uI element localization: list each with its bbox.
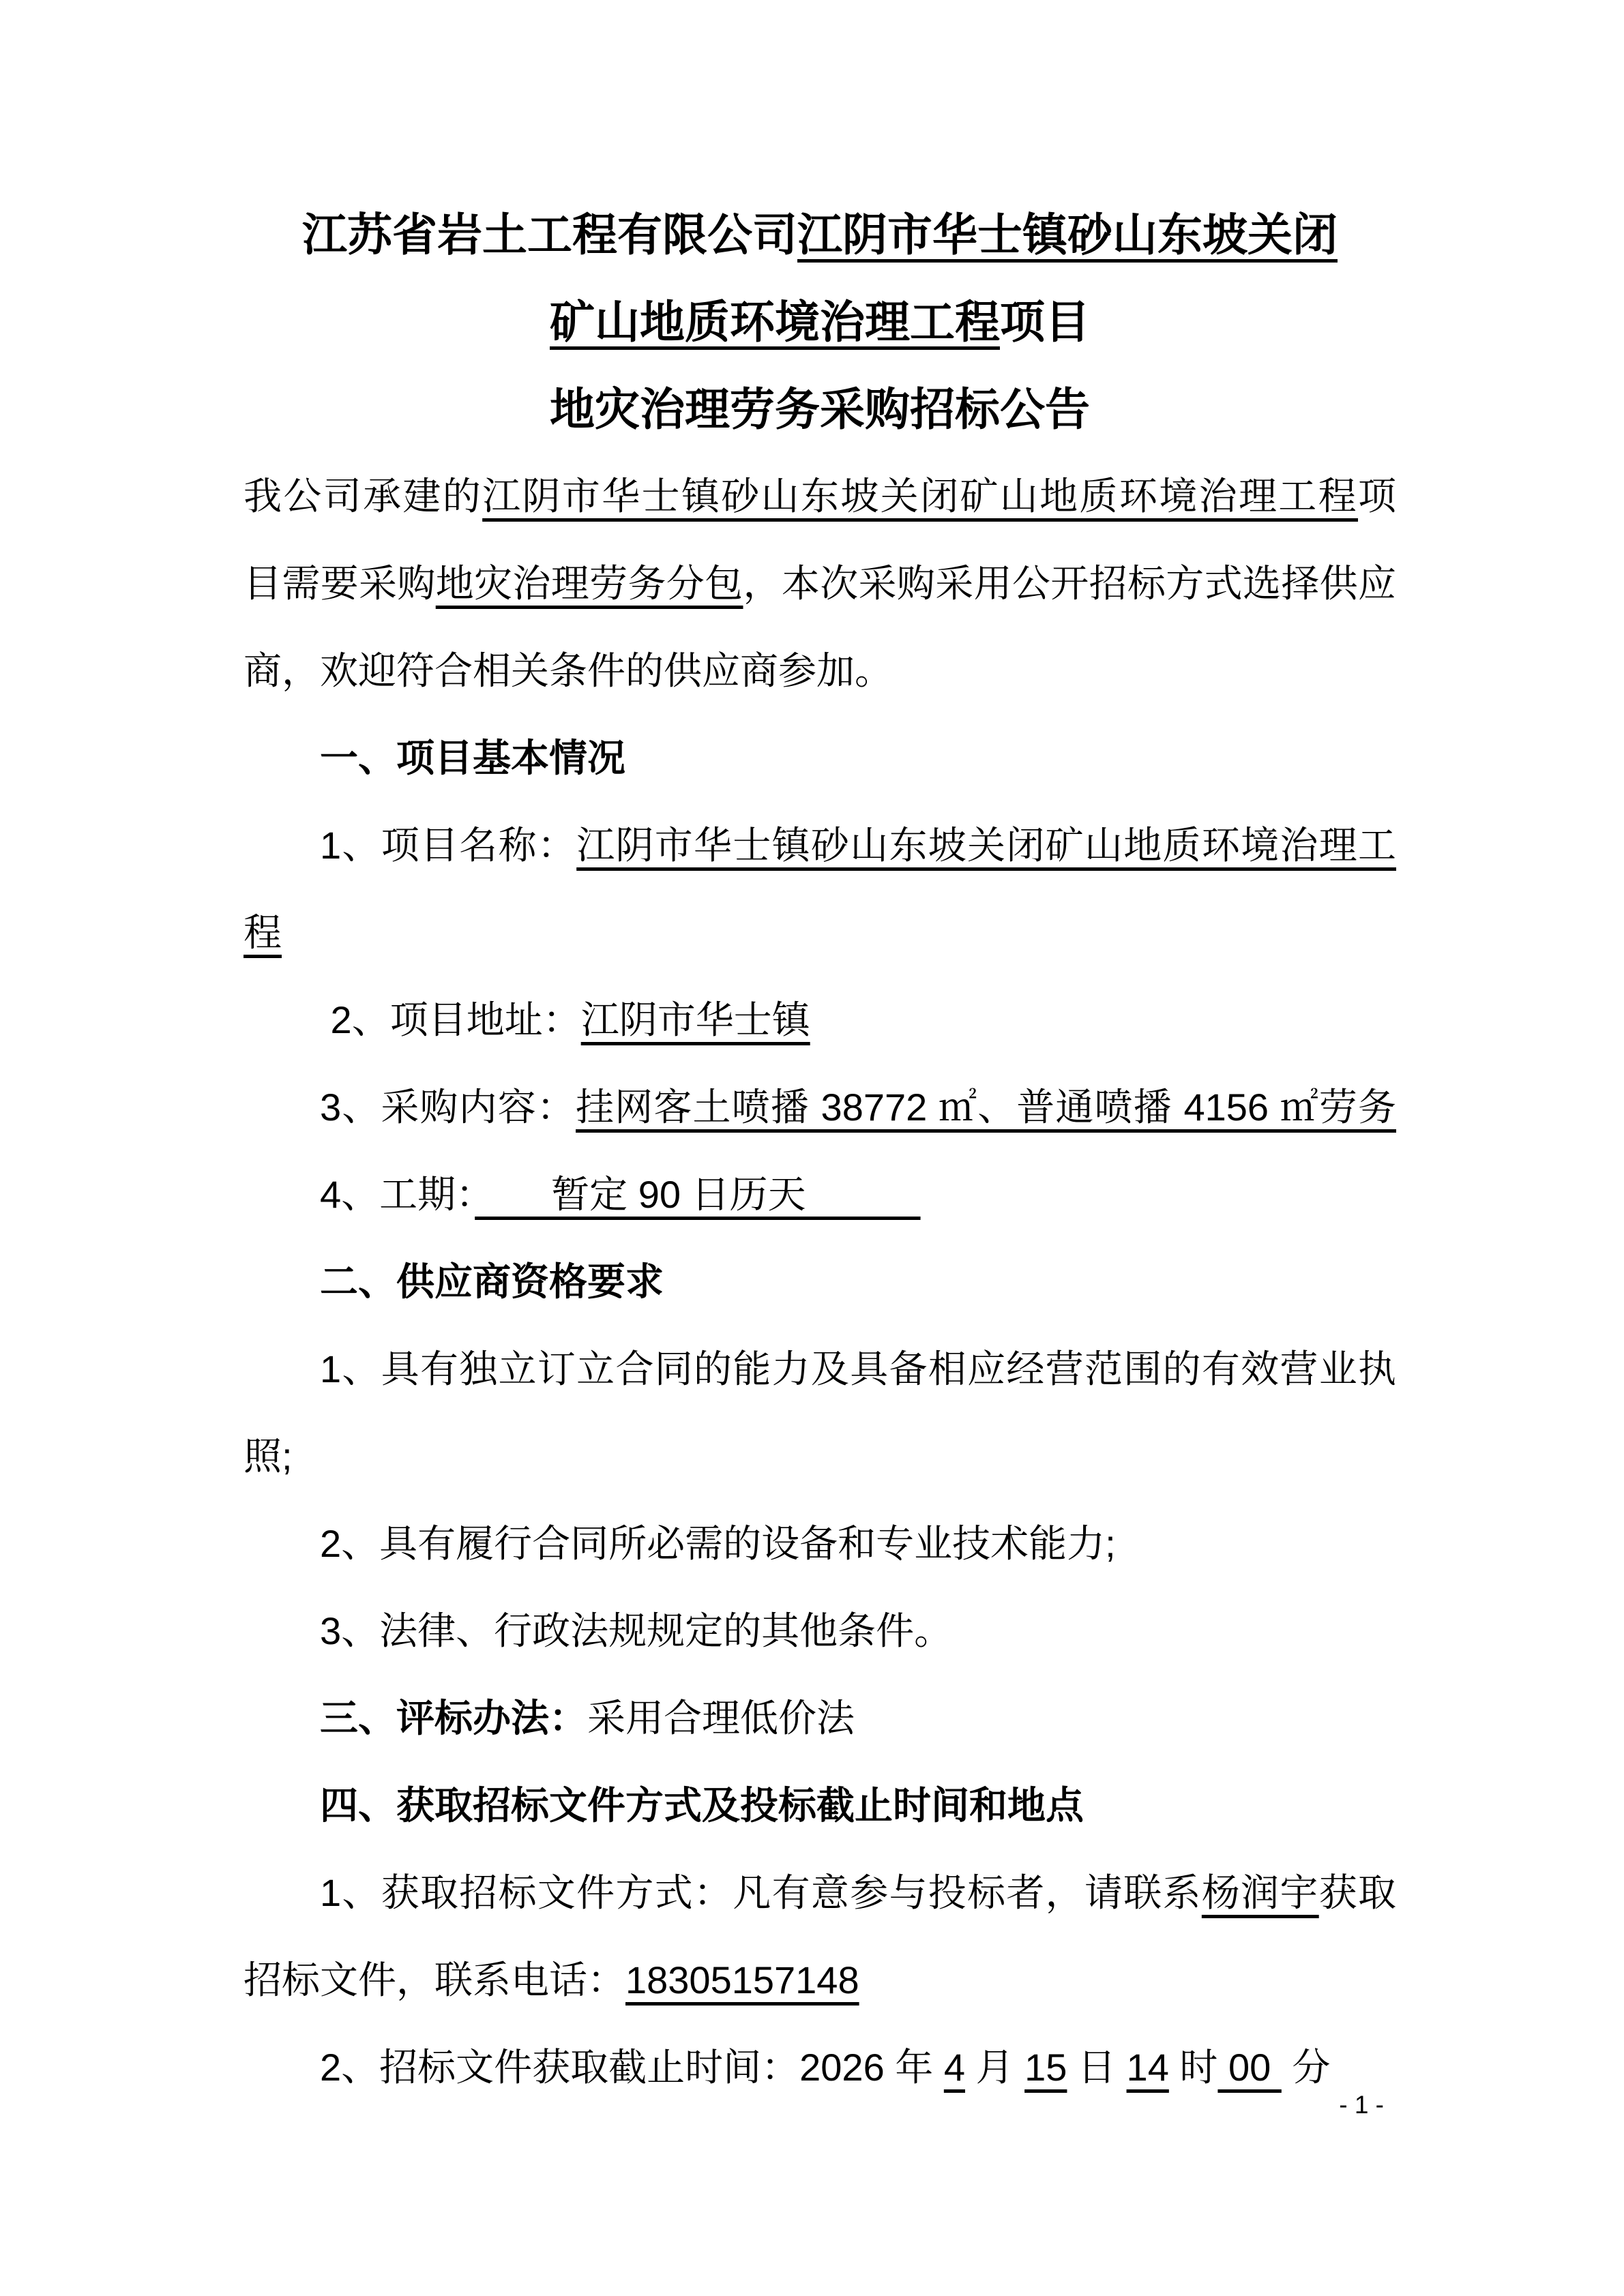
section-1-heading: 一、项目基本情况 (243, 715, 1396, 802)
deadline-line: 2、招标文件获取截止时间：2026 年 4 月 15 日 14 时 00 分 (243, 2024, 1396, 2111)
document-page: 江苏省岩土工程有限公司江阴市华士镇砂山东坡关闭矿山地质环境治理工程项目地灾治理劳… (0, 0, 1624, 2296)
text-segment: 2、项目地址： (320, 998, 581, 1041)
text-segment: 挂网客土喷播 38772 ㎡、普通喷播 4156 ㎡劳务 (576, 1086, 1396, 1129)
document-lines: 江苏省岩土工程有限公司江阴市华士镇砂山东坡关闭矿山地质环境治理工程项目地灾治理劳… (243, 191, 1396, 2111)
section-3-heading: 三、评标办法：采用合理低价法 (243, 1675, 1396, 1762)
intro-line-2: 目需要采购地灾治理劳务分包，本次采购采用公开招标方式选择供应 (243, 540, 1396, 627)
text-segment: 江阴市华士镇砂山东坡关闭矿山地质环境治理工 (576, 824, 1396, 867)
item-duration: 4、工期： 暂定 90 日历天 (243, 1151, 1396, 1238)
section-2-heading: 二、供应商资格要求 (243, 1238, 1396, 1326)
text-segment: 暂定 90 日历天 (475, 1173, 920, 1216)
text-segment: 月 (965, 2046, 1024, 2089)
page-number: - 1 - (1339, 2088, 1384, 2122)
text-segment: 4 (944, 2046, 965, 2089)
text-segment: 3、法律、行政法规规定的其他条件。 (320, 1609, 952, 1652)
text-segment: 项 (1358, 475, 1396, 518)
text-segment: 一、项目基本情况 (320, 736, 625, 779)
text-segment: 二、供应商资格要求 (320, 1260, 664, 1303)
text-segment: 1、获取招标文件方式：凡有意参与投标者，请联系 (320, 1871, 1202, 1914)
text-segment: 采用合理低价法 (587, 1697, 855, 1740)
text-segment: 目需要采购 (243, 562, 436, 605)
title-line-3: 地灾治理劳务采购招标公告 (243, 366, 1396, 453)
text-segment: 江苏省岩土工程有限公司 (302, 209, 797, 260)
title-line-2: 矿山地质环境治理工程项目 (243, 278, 1396, 366)
text-segment: 招标文件，联系电话： (243, 1958, 625, 2001)
section-4-heading: 四、获取招标文件方式及投标截止时间和地点 (243, 1762, 1396, 1849)
text-segment: 矿山地质环境治理工程 (550, 297, 1000, 347)
text-segment: 获取 (1319, 1871, 1396, 1914)
qualification-3: 3、法律、行政法规规定的其他条件。 (243, 1587, 1396, 1675)
text-segment: 15 (1024, 2046, 1067, 2089)
text-segment: 18305157148 (625, 1958, 859, 2001)
text-segment: 1、项目名称： (320, 824, 576, 867)
text-segment: 三、评标办法： (320, 1697, 587, 1740)
text-segment: 3、采购内容： (320, 1086, 576, 1129)
text-segment: 4、工期： (320, 1173, 475, 1216)
text-segment: 江阴市华士镇砂山东坡关闭矿山地质环境治理工程 (482, 475, 1358, 518)
intro-line-3: 商，欢迎符合相关条件的供应商参加。 (243, 627, 1396, 715)
item-procurement-content: 3、采购内容：挂网客土喷播 38772 ㎡、普通喷播 4156 ㎡劳务 (243, 1064, 1396, 1151)
text-segment: 地灾治理劳务分包 (436, 562, 743, 605)
qualification-1-line-1: 1、具有独立订立合同的能力及具备相应经营范围的有效营业执 (243, 1326, 1396, 1413)
obtain-method-line-1: 1、获取招标文件方式：凡有意参与投标者，请联系杨润宇获取 (243, 1849, 1396, 1937)
qualification-1-line-2: 照; (243, 1413, 1396, 1500)
text-segment: 日 (1067, 2046, 1126, 2089)
text-segment: 四、获取招标文件方式及投标截止时间和地点 (320, 1784, 1084, 1827)
text-segment: 我公司承建的 (243, 475, 482, 518)
qualification-2: 2、具有履行合同所必需的设备和专业技术能力; (243, 1500, 1396, 1587)
item-project-address: 2、项目地址：江阴市华士镇 (243, 976, 1396, 1064)
text-segment: 分 (1282, 2046, 1331, 2089)
text-segment: 1、具有独立订立合同的能力及具备相应经营范围的有效营业执 (320, 1347, 1396, 1390)
text-segment: 杨润宇 (1202, 1871, 1319, 1914)
item-project-name-line-1: 1、项目名称：江阴市华士镇砂山东坡关闭矿山地质环境治理工 (243, 802, 1396, 889)
text-segment: 00 (1217, 2046, 1281, 2089)
text-segment: ，本次采购采用公开招标方式选择供应 (743, 562, 1397, 605)
intro-line-1: 我公司承建的江阴市华士镇砂山东坡关闭矿山地质环境治理工程项 (243, 453, 1396, 540)
text-segment: 照; (243, 1435, 293, 1478)
text-segment: 商，欢迎符合相关条件的供应商参加。 (243, 649, 893, 692)
text-segment: 地灾治理劳务采购招标公告 (550, 384, 1090, 434)
item-project-name-line-2: 程 (243, 889, 1396, 976)
text-segment: 程 (243, 911, 282, 954)
text-segment: 14 (1127, 2046, 1169, 2089)
obtain-method-line-2: 招标文件，联系电话：18305157148 (243, 1937, 1396, 2024)
title-line-1: 江苏省岩土工程有限公司江阴市华士镇砂山东坡关闭 (243, 191, 1396, 278)
text-segment: 时 (1169, 2046, 1218, 2089)
text-segment: 2、招标文件获取截止时间：2026 年 (320, 2046, 944, 2089)
text-segment: 江阴市华士镇砂山东坡关闭 (797, 209, 1338, 260)
text-segment: 2、具有履行合同所必需的设备和专业技术能力; (320, 1522, 1116, 1565)
text-segment: 江阴市华士镇 (581, 998, 810, 1041)
text-segment: 项目 (1000, 297, 1090, 347)
